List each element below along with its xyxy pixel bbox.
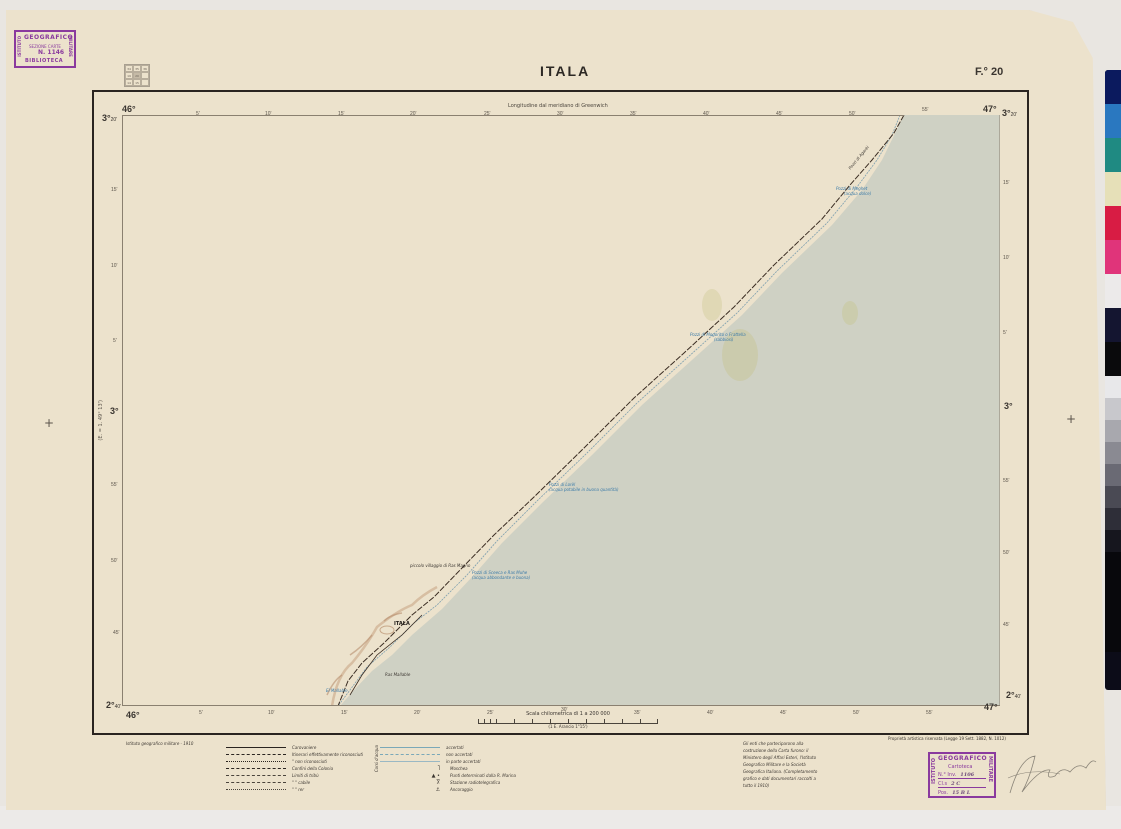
place-pozzi-meghet: Pozzi di Meghet (acqua dolce): [836, 186, 871, 196]
stamp-line-4: BIBLIOTECA: [25, 58, 63, 64]
lat-min: 20': [111, 117, 118, 123]
lat-min: 40': [115, 704, 122, 710]
long-tick-bottom: 45': [780, 710, 787, 716]
swatch: [1105, 464, 1121, 486]
swatch: [1105, 70, 1121, 104]
lat-tick-left: 15': [111, 187, 118, 193]
corner-bottom-left-lat: 2°40': [106, 700, 121, 710]
lat-tick-right: 45': [1003, 622, 1010, 628]
stamp-side-left: ISTITUTO: [931, 758, 937, 784]
swatch: [1105, 308, 1121, 342]
stamp-line-3: N. 1146: [38, 49, 64, 56]
latitude-side-label: (E. = 1. 49° 13'): [98, 400, 104, 441]
lat-deg: 3°: [1002, 108, 1011, 118]
stamp-side-left: ISTITUTO: [17, 36, 22, 57]
row-value: 15 B L: [952, 790, 970, 796]
mosque-icon: Ⴈ: [380, 766, 440, 772]
legend-item: " " rer: [226, 786, 363, 793]
stamp-line-2: Cartoteca: [948, 764, 972, 770]
legend-item: ႨMoschea: [380, 765, 516, 772]
legend-item: " " cabile: [226, 779, 363, 786]
swatch: [1105, 508, 1121, 530]
lat-tick-left: 50': [111, 558, 118, 564]
scale-ruler: [478, 719, 658, 724]
index-cell: 34: [125, 65, 133, 72]
survey-point-icon: ▲ •: [380, 773, 440, 779]
long-tick-top: 30': [557, 111, 564, 117]
legend-item: " non riconosciuti: [226, 758, 363, 765]
stamp-inv-row: N.° Inv.1106: [938, 772, 986, 779]
legend-label: Carovaniere: [292, 745, 316, 750]
row-label: Pos.: [938, 790, 948, 796]
stamp-pos-row: Pos.15 B L: [938, 790, 986, 797]
long-tick-top: 25': [484, 111, 491, 117]
index-cell: 19: [125, 72, 133, 79]
swatch: [1105, 104, 1121, 138]
legend-label: " " cabile: [292, 780, 310, 785]
index-cell: [141, 79, 149, 86]
place-sub: (acqua abbondante e buona): [472, 575, 530, 580]
legend-item: in parte accertati: [380, 758, 516, 765]
legend-label: Ancoraggio: [450, 787, 473, 792]
swatch: [1105, 442, 1121, 464]
legend-item: ⚓Ancoraggio: [380, 786, 516, 793]
lat-deg: 3°: [102, 113, 111, 123]
legend-label: " non riconosciuti: [292, 759, 327, 764]
anchor-icon: ⚓: [380, 787, 440, 793]
longitude-label: Longitudine dal meridiano di Greenwich: [508, 103, 608, 109]
lat-deg: 2°: [106, 700, 115, 710]
legend-item: Limiti di tribù: [226, 772, 363, 779]
lat-tick-right-major: 3°: [1004, 401, 1013, 411]
lat-tick-left: 55': [111, 482, 118, 488]
long-tick-top: 15': [338, 111, 345, 117]
swatch: [1105, 342, 1121, 376]
legend-label: Punti determinati dalla R. Marina: [450, 773, 516, 778]
legend-item: Confini della Colonia: [226, 765, 363, 772]
registration-mark-right: +: [1066, 412, 1076, 426]
place-sub: (acqua dolce): [844, 191, 871, 196]
map-area: Pozzi di Agarèi Pozzi di Meghet (acqua d…: [122, 115, 1000, 706]
row-value: 1106: [960, 772, 974, 778]
stamp-line-1: GEOGRAFICO: [938, 755, 987, 762]
long-tick-top: 10': [265, 111, 272, 117]
cartoteca-stamp: ISTITUTO GEOGRAFICO Cartoteca N.° Inv.11…: [928, 752, 996, 798]
scale-subtitle: (1 E. Arancio 1°15'): [478, 724, 658, 729]
index-cell: [141, 72, 149, 79]
corner-bottom-right-lat: 2°40': [1006, 690, 1021, 700]
place-el-mallable: El Mallable: [326, 688, 348, 693]
legend-label: in parte accertati: [446, 759, 481, 764]
place-sub: (acqua potabile in buona quantità): [549, 487, 619, 492]
lat-tick-left: 10': [111, 263, 118, 269]
swatch: [1105, 420, 1121, 442]
place-sub: (sabbiosi): [714, 337, 734, 342]
long-tick-top: 50': [849, 111, 856, 117]
sheet-index-grid: 34 35 36 19 20 14 15: [124, 64, 150, 87]
legend-item: Carovaniere: [226, 744, 363, 751]
swatch: [1105, 552, 1121, 652]
color-calibration-chart: [1105, 70, 1121, 690]
stamp-line-1: GEOGRAFICO: [24, 34, 73, 41]
long-tick-top: 55': [922, 107, 929, 113]
corner-bottom-left-long: 46°: [126, 710, 140, 720]
legend-routes: Carovaniere Itinerari effettivamente ric…: [226, 744, 363, 793]
index-cell: 14: [125, 79, 133, 86]
row-value: 2 C: [951, 781, 960, 787]
lat-tick-left: 5': [113, 338, 117, 344]
swatch: [1105, 138, 1121, 172]
lat-tick-right: 55': [1003, 478, 1010, 484]
corner-top-left-lat: 3°20': [102, 113, 117, 123]
map-drawing: [122, 115, 1000, 706]
copyright-note: Proprietà artistica riservata (Legge 19 …: [888, 736, 1006, 741]
legend-label: accertati: [446, 745, 464, 750]
corner-top-right-long: 47°: [983, 104, 997, 114]
index-cell: 36: [141, 65, 149, 72]
stamp-side-right: MILITARE: [68, 36, 73, 57]
swatch: [1105, 274, 1121, 308]
long-tick-bottom: 10': [268, 710, 275, 716]
swatch: [1105, 376, 1121, 398]
legend-label: " " rer: [292, 787, 304, 792]
swatch: [1105, 530, 1121, 552]
long-tick-bottom: 40': [707, 710, 714, 716]
long-tick-bottom: 5': [199, 710, 203, 716]
lat-deg: 2°: [1006, 690, 1015, 700]
corner-bottom-right-long: 47°: [984, 702, 998, 712]
row-label: N.° Inv.: [938, 772, 956, 778]
swatch: [1105, 206, 1121, 240]
corner-top-left-long: 46°: [122, 104, 136, 114]
scale-title: Scala chilometrica di 1 a 200 000: [478, 711, 658, 717]
production-notes: Gli enti che parteciparono alla costruzi…: [743, 740, 823, 789]
swatch: [1105, 240, 1121, 274]
lat-tick-right: 15': [1003, 180, 1010, 186]
legend-label: Confini della Colonia: [292, 766, 333, 771]
lat-min: 20': [1011, 112, 1018, 118]
index-cell: 35: [133, 65, 141, 72]
registration-mark-left: +: [44, 416, 54, 430]
long-tick-bottom: 20': [414, 710, 421, 716]
place-itala: ITALA: [394, 621, 410, 627]
long-tick-bottom: 55': [926, 710, 933, 716]
lat-min: 40': [1015, 694, 1022, 700]
legend-label: Itinerari effettivamente riconosciuti: [292, 752, 363, 757]
legend-item: non accertati: [380, 751, 516, 758]
scale-bar: Scala chilometrica di 1 a 200 000 (1 E. …: [478, 711, 658, 729]
swatch: [1105, 172, 1121, 206]
lat-tick-right: 50': [1003, 550, 1010, 556]
lat-tick-right: 5': [1003, 330, 1007, 336]
long-tick-bottom: 50': [853, 710, 860, 716]
sheet-number: F.° 20: [975, 66, 1003, 78]
long-tick-top: 5': [196, 111, 200, 117]
legend-item: accertati: [380, 744, 516, 751]
radio-station-icon: Ⴟ: [380, 780, 440, 786]
legend-label: Limiti di tribù: [292, 773, 319, 778]
legend-label: non accertati: [446, 752, 472, 757]
place-pozzi-lorel: Pozzi di Lorèl (acqua potabile in buona …: [549, 482, 619, 492]
legend-item: Itinerari effettivamente riconosciuti: [226, 751, 363, 758]
place-pozzi-sceeca: Pozzi di Sceeca e Ras Muhe (acqua abbond…: [472, 570, 530, 580]
legend-water-title: Corsi d'acqua: [374, 745, 379, 772]
swatch: [1105, 398, 1121, 420]
legend-water-symbols: accertati non accertati in parte accerta…: [380, 744, 516, 793]
row-label: Cl.s: [938, 781, 947, 787]
place-pozzi-mogorito: Pozzi di Mogorito o Frattella (sabbiosi): [690, 332, 746, 342]
legend-item: ▲ •Punti determinati dalla R. Marina: [380, 772, 516, 779]
stamp-side-right: MILITARE: [987, 756, 993, 782]
map-title: ITALA: [540, 63, 590, 79]
lat-tick-left: 45': [113, 630, 120, 636]
legend-label: Moschea: [450, 766, 468, 771]
library-stamp: ISTITUTO GEOGRAFICO SEZIONE CARTE N. 114…: [14, 30, 76, 68]
long-tick-top: 20': [410, 111, 417, 117]
signature: [1000, 748, 1100, 798]
legend-item: ႿStazione radiotelegrafica: [380, 779, 516, 786]
legend-label: Stazione radiotelegrafica: [450, 780, 500, 785]
long-tick-bottom: 15': [341, 710, 348, 716]
long-tick-top: 40': [703, 111, 710, 117]
long-tick-top: 45': [776, 111, 783, 117]
swatch: [1105, 486, 1121, 508]
place-ras-magno: piccolo villaggio di Ras Magno: [410, 563, 470, 568]
long-tick-top: 35': [630, 111, 637, 117]
index-cell-current: 20: [133, 72, 141, 79]
index-cell: 15: [133, 79, 141, 86]
place-ras-mallable: Ras Mallable: [385, 672, 410, 677]
stamp-cls-row: Cl.s2 C: [938, 781, 986, 788]
lat-tick-right: 10': [1003, 255, 1010, 261]
corner-top-right-lat: 3°20': [1002, 108, 1017, 118]
lat-tick-left-major: 3°: [110, 406, 119, 416]
publisher-credit: Istituto geografico militare - 1910: [126, 741, 193, 746]
